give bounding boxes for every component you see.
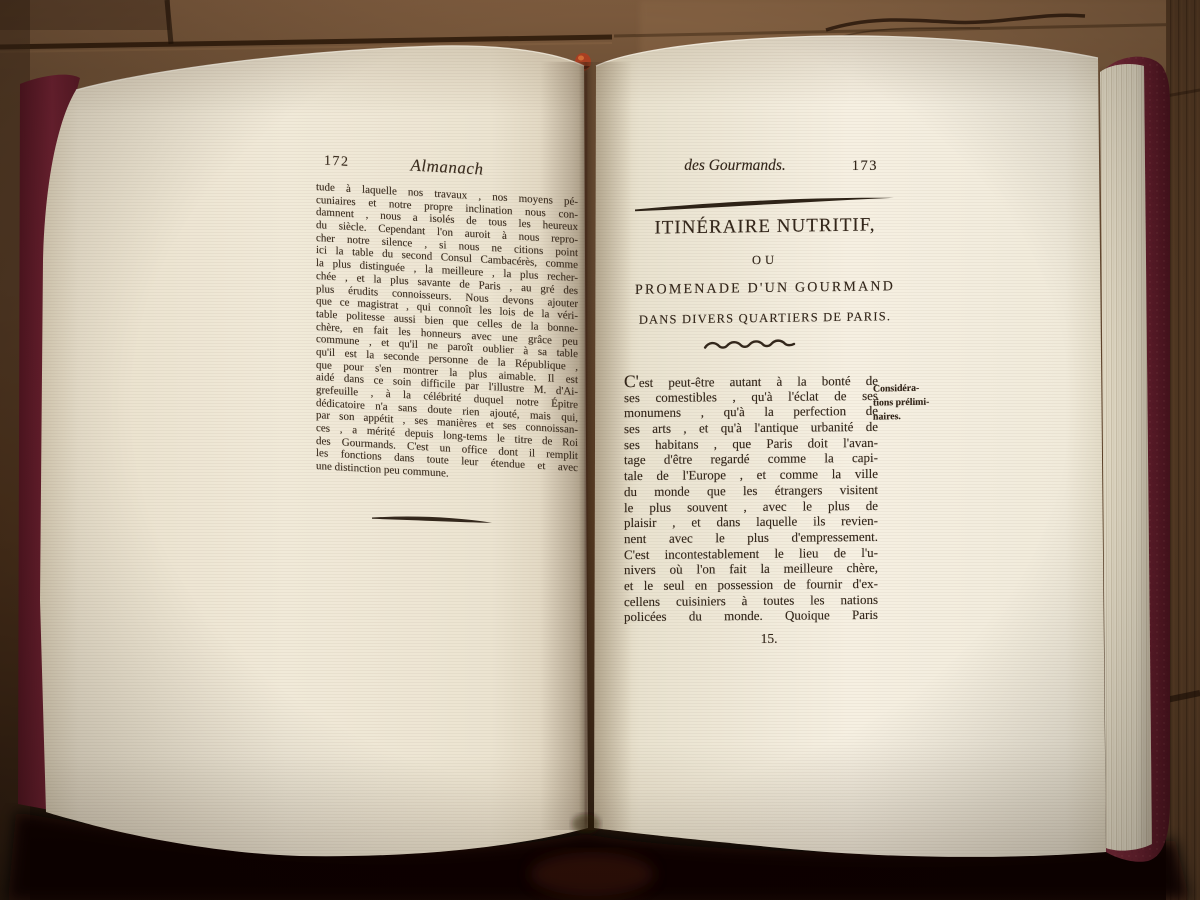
open-book-photo: 172 Almanach tude à laquelle nos travaux… — [0, 0, 1200, 900]
text-line: naires. — [873, 409, 939, 424]
text-line: Considéra- — [873, 381, 939, 396]
margin-note: Considéra-tions prélimi-naires. — [873, 381, 939, 424]
text-line: C'est peut-être autant à la bonté de — [624, 372, 878, 390]
text-line: ses arts , et qu'à l'antique urbanité de — [624, 419, 878, 437]
left-page-body: tude à laquelle nos travaux , nos moyens… — [316, 181, 578, 488]
chapter-title-line: ITINÉRAIRE NUTRITIF, — [622, 214, 908, 240]
fore-edge-pages — [1100, 64, 1152, 851]
chapter-title-line: PROMENADE D'UN GOURMAND — [622, 279, 908, 299]
swelled-rule-ornament — [370, 512, 495, 530]
text-line: tions prélimi- — [873, 395, 939, 410]
right-page-header: des Gourmands. 173 — [628, 157, 878, 175]
text-line: du monde que les étrangers visitent — [624, 482, 878, 500]
signature-mark: 15. — [624, 631, 896, 647]
text-line: nent avec le plus d'empressement. — [624, 529, 878, 547]
chapter-title-block: ITINÉRAIRE NUTRITIF, OU PROMENADE D'UN G… — [622, 214, 908, 328]
text-line: et le seul en possession de fournir d'ex… — [624, 576, 878, 594]
left-page: 172 Almanach tude à laquelle nos travaux… — [316, 150, 578, 488]
text-line: policées du monde. Quoique Paris — [624, 607, 878, 625]
right-page-number: 173 — [852, 158, 878, 175]
title-rule-ornament — [632, 190, 898, 214]
right-running-title: des Gourmands. — [628, 157, 878, 175]
right-page-body: C'est peut-être autant à la bonté deses … — [624, 372, 878, 625]
book-background — [0, 0, 1200, 900]
chapter-title-line: OU — [622, 251, 908, 270]
